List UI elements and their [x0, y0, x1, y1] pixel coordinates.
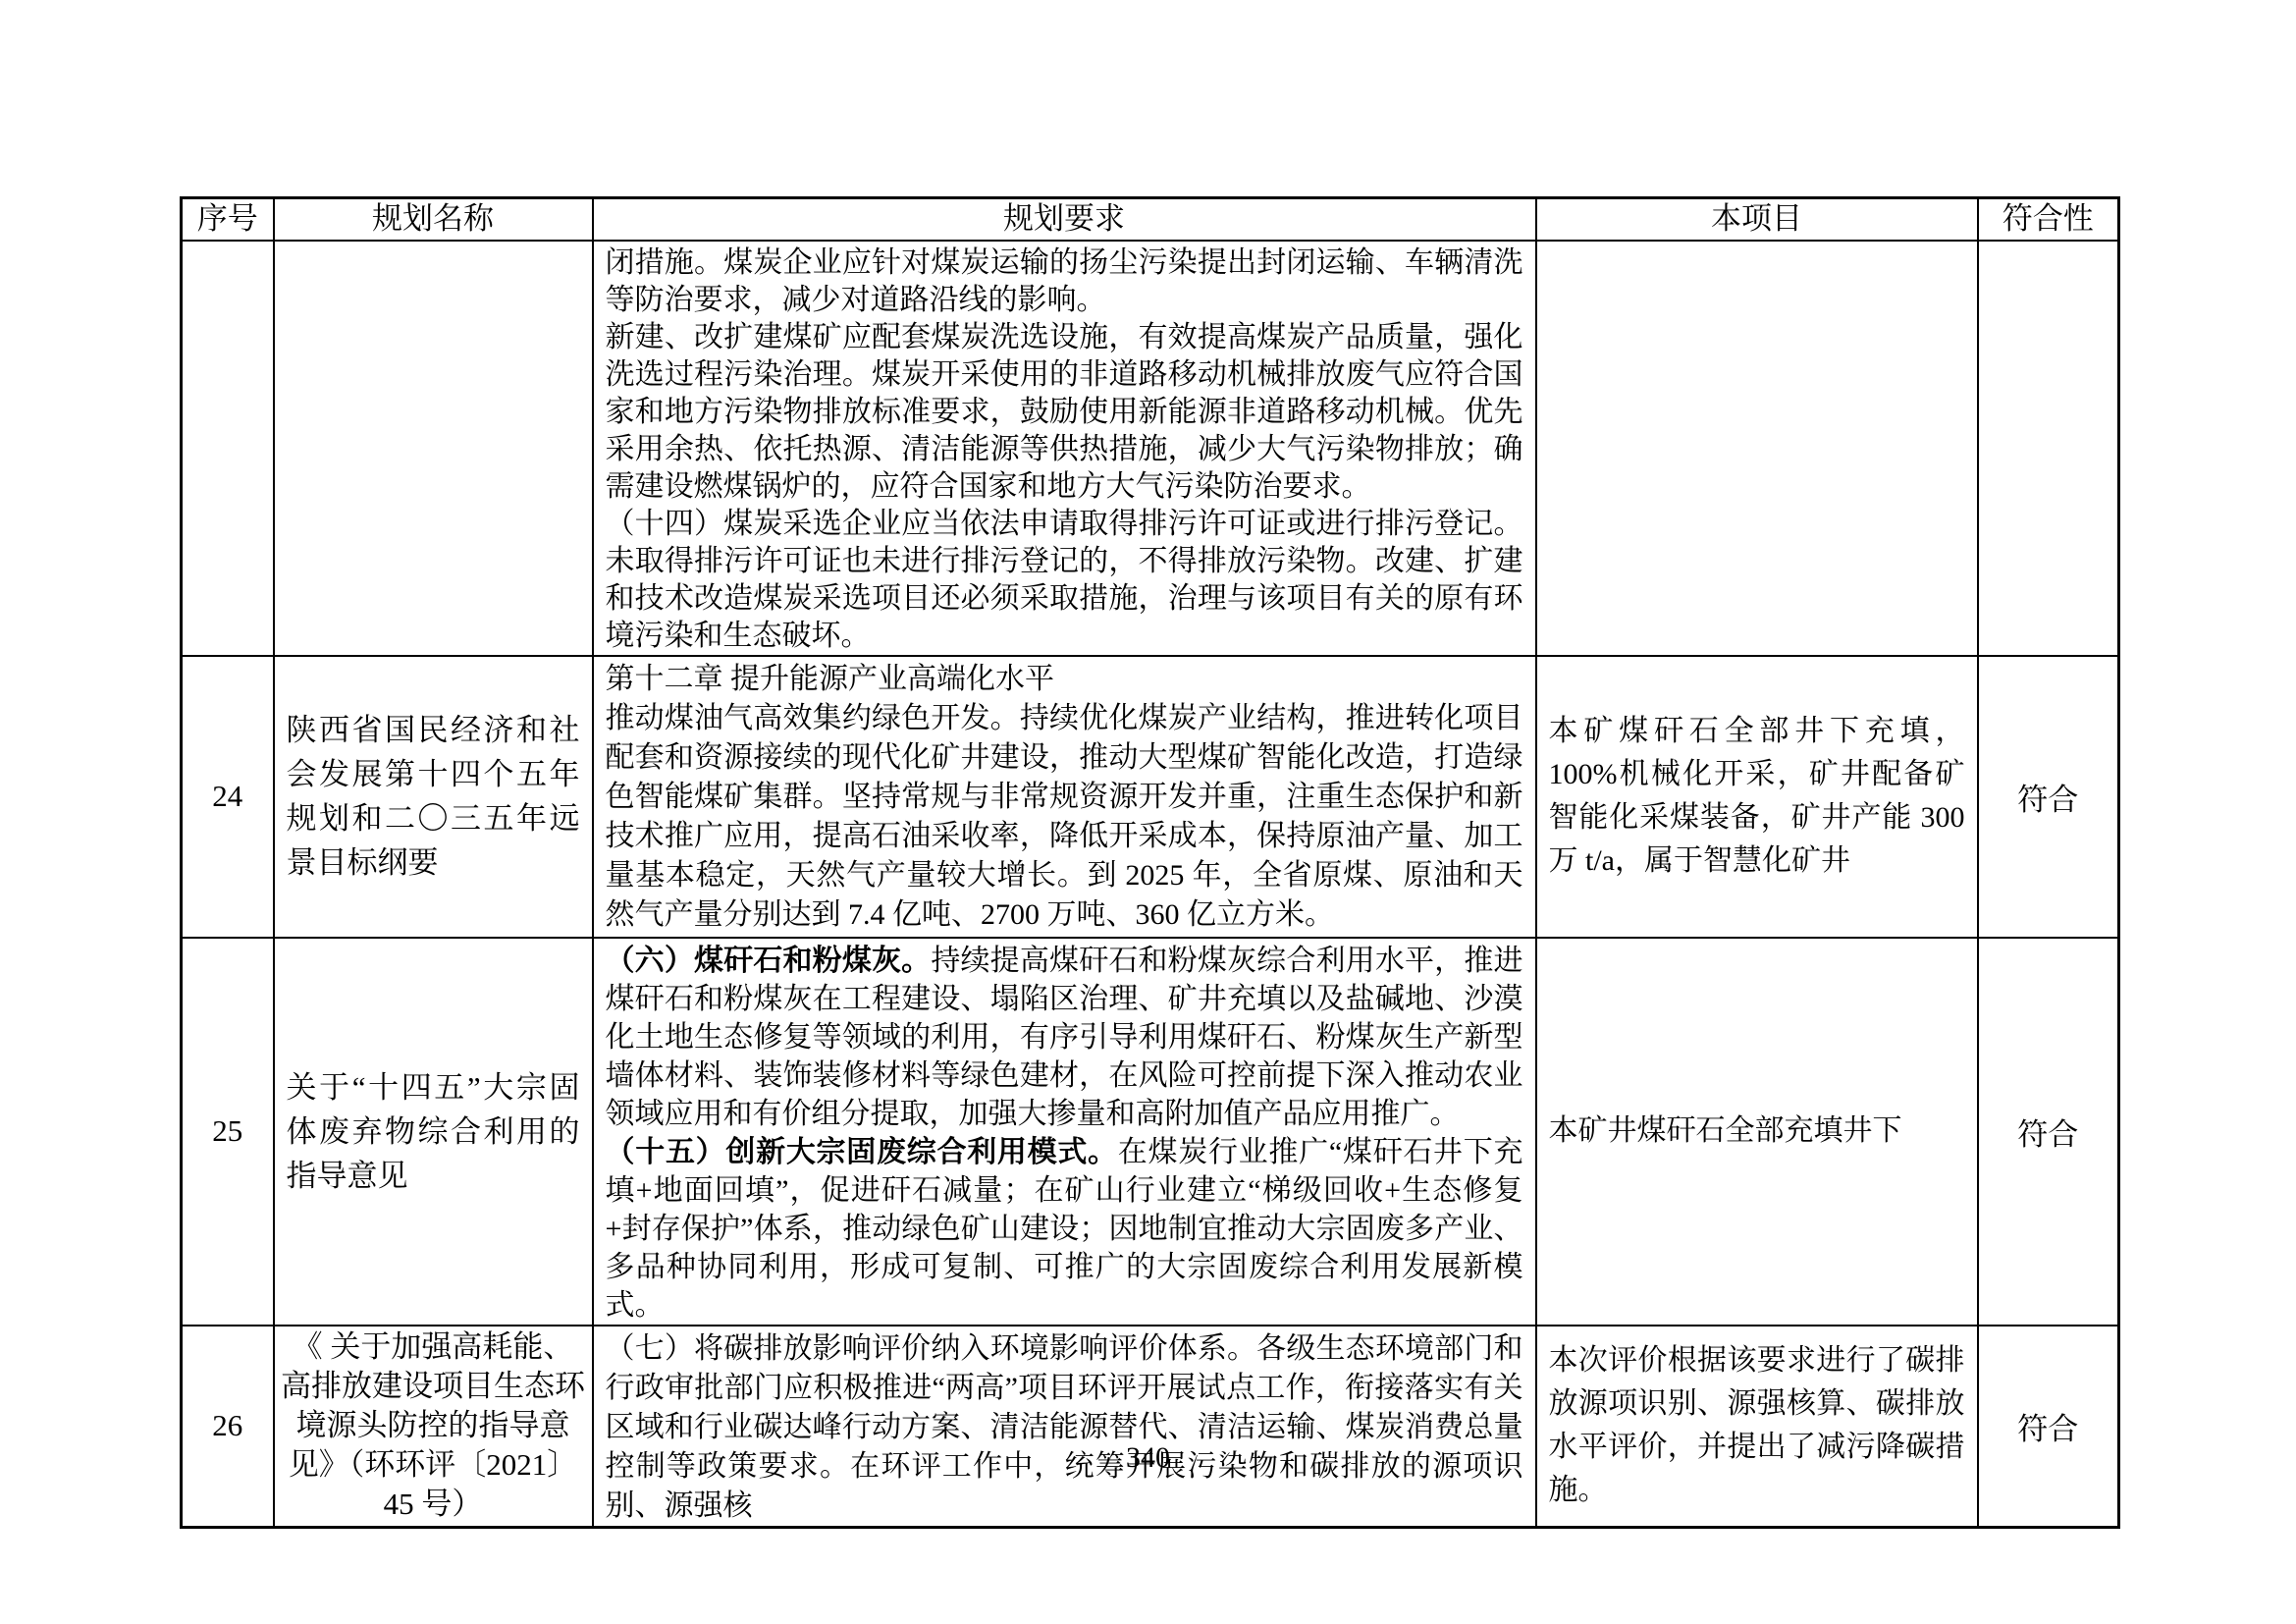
requirement-cell: （七）将碳排放影响评价纳入环境影响评价体系。各级生态环境部门和行政审批部门应积极… — [593, 1326, 1536, 1528]
requirement-cell: （六）煤矸石和粉煤灰。持续提高煤矸石和粉煤灰综合利用水平，推进煤矸石和粉煤灰在工… — [593, 938, 1536, 1326]
index-cell: 26 — [182, 1326, 274, 1528]
table-row-26: 26 《 关于加强高耗能、高排放建设项目生态环境源头防控的指导意见》（环环评〔2… — [182, 1326, 2119, 1528]
col-header-compliance: 符合性 — [1978, 198, 2119, 241]
compliance-cell: 符合 — [1978, 938, 2119, 1326]
col-header-requirement: 规划要求 — [593, 198, 1536, 241]
project-cell: 本次评价根据该要求进行了碳排放源项识别、源强核算、碳排放水平评价，并提出了减污降… — [1536, 1326, 1978, 1528]
table-header-row: 序号 规划名称 规划要求 本项目 符合性 — [182, 198, 2119, 241]
compliance-cell — [1978, 241, 2119, 656]
requirement-paragraph: 闭措施。煤炭企业应针对煤炭运输的扬尘污染提出封闭运输、车辆清洗等防治要求，减少对… — [606, 244, 1523, 319]
requirement-paragraph: （十四）煤炭采选企业应当依法申请取得排污许可证或进行排污登记。未取得排污许可证也… — [606, 506, 1523, 655]
table-row-24: 24 陕西省国民经济和社会发展第十四个五年规划和二〇三五年远景目标纲要 第十二章… — [182, 656, 2119, 938]
col-header-index: 序号 — [182, 198, 274, 241]
requirement-paragraph: （七）将碳排放影响评价纳入环境影响评价体系。各级生态环境部门和行政审批部门应积极… — [606, 1329, 1523, 1526]
index-cell: 25 — [182, 938, 274, 1326]
requirement-paragraph: （六）煤矸石和粉煤灰。持续提高煤矸石和粉煤灰综合利用水平，推进煤矸石和粉煤灰在工… — [606, 942, 1523, 1133]
project-cell: 本矿煤矸石全部井下充填，100%机械化开采，矿井配备矿智能化采煤装备，矿井产能 … — [1536, 656, 1978, 938]
document-page: 序号 规划名称 规划要求 本项目 符合性 闭措施。煤炭企业应针对煤炭运输的扬尘污… — [0, 0, 2296, 1624]
requirement-paragraph: 推动煤油气高效集约绿色开发。持续优化煤炭产业结构，推进转化项目配套和资源接续的现… — [606, 699, 1523, 935]
table-row-continuation: 闭措施。煤炭企业应针对煤炭运输的扬尘污染提出封闭运输、车辆清洗等防治要求，减少对… — [182, 241, 2119, 656]
compliance-table: 序号 规划名称 规划要求 本项目 符合性 闭措施。煤炭企业应针对煤炭运输的扬尘污… — [180, 196, 2120, 1529]
compliance-cell: 符合 — [1978, 656, 2119, 938]
requirement-bold-lead: （六）煤矸石和粉煤灰。 — [606, 945, 932, 977]
col-header-plan-name: 规划名称 — [274, 198, 593, 241]
col-header-project: 本项目 — [1536, 198, 1978, 241]
index-cell: 24 — [182, 656, 274, 938]
plan-name-cell — [274, 241, 593, 656]
plan-name-cell: 《 关于加强高耗能、高排放建设项目生态环境源头防控的指导意见》（环环评〔2021… — [274, 1326, 593, 1528]
index-cell — [182, 241, 274, 656]
compliance-cell: 符合 — [1978, 1326, 2119, 1528]
project-cell: 本矿井煤矸石全部充填井下 — [1536, 938, 1978, 1326]
table-row-25: 25 关于“十四五”大宗固体废弃物综合利用的指导意见 （六）煤矸石和粉煤灰。持续… — [182, 938, 2119, 1326]
requirement-paragraph: 新建、改扩建煤矿应配套煤炭洗选设施，有效提高煤炭产品质量，强化洗选过程污染治理。… — [606, 319, 1523, 506]
requirement-bold-lead: （十五）创新大宗固废综合利用模式。 — [606, 1136, 1118, 1168]
plan-name-cell: 陕西省国民经济和社会发展第十四个五年规划和二〇三五年远景目标纲要 — [274, 656, 593, 938]
requirement-paragraph: 第十二章 提升能源产业高端化水平 — [606, 660, 1523, 699]
plan-name-cell: 关于“十四五”大宗固体废弃物综合利用的指导意见 — [274, 938, 593, 1326]
requirement-paragraph: （十五）创新大宗固废综合利用模式。在煤炭行业推广“煤矸石井下充填+地面回填”，促… — [606, 1133, 1523, 1325]
requirement-cell: 第十二章 提升能源产业高端化水平 推动煤油气高效集约绿色开发。持续优化煤炭产业结… — [593, 656, 1536, 938]
project-cell — [1536, 241, 1978, 656]
page-number: 340 — [0, 1441, 2296, 1475]
requirement-cell: 闭措施。煤炭企业应针对煤炭运输的扬尘污染提出封闭运输、车辆清洗等防治要求，减少对… — [593, 241, 1536, 656]
